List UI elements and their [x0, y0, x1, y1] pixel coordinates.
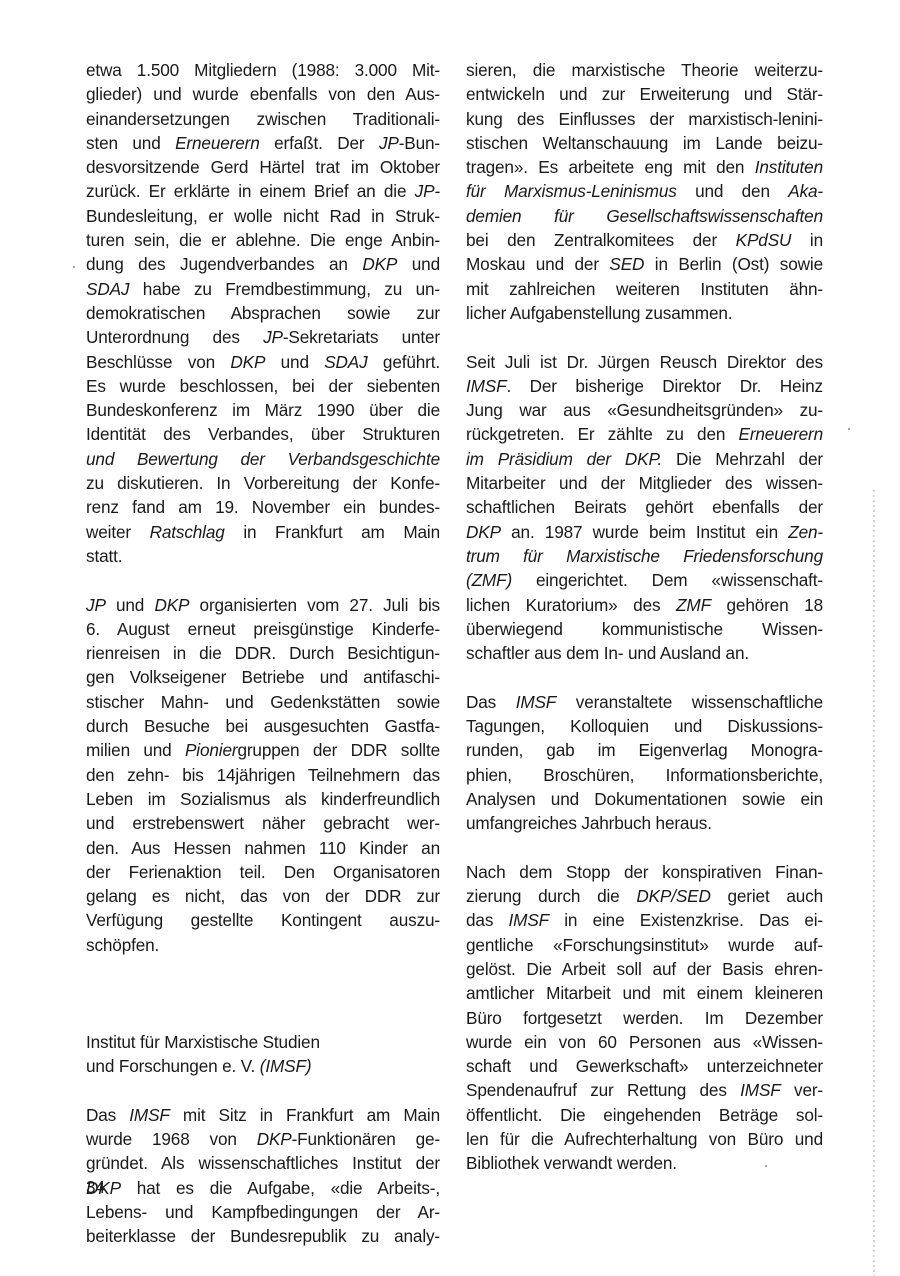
text-line: Bundeskonferenz im März 1990 über die — [86, 398, 440, 422]
text-run: und — [106, 595, 155, 615]
text-line: entwickeln und zur Erweiterung und Stär- — [466, 82, 823, 106]
text-line: und erstrebenswert näher gebracht wer- — [86, 811, 440, 835]
text-run: geführt. — [368, 352, 440, 372]
text-line: phien, Broschüren, Informationsberichte, — [466, 763, 823, 787]
text-line: schaftler aus dem In- und Ausland an. — [466, 641, 823, 665]
text-line: gründet. Als wissenschaftliches Institut… — [86, 1151, 440, 1175]
text-line: turen sein, die er ablehne. Die enge Anb… — [86, 228, 440, 252]
italic-term: für Marxismus-Leninismus — [466, 181, 677, 201]
text-line: IMSF. Der bisherige Direktor Dr. Heinz — [466, 374, 823, 398]
paragraph-children-trips: JP und DKP organisierten vom 27. Juli bi… — [86, 593, 440, 957]
text-run: ver- — [781, 1080, 823, 1100]
text-run: zu diskutieren. In Vorbereitung der Konf… — [86, 473, 440, 493]
italic-term: Erneuerern — [175, 133, 260, 153]
text-line: kung des Einflusses der marxistisch-leni… — [466, 107, 823, 131]
text-line: demokratischen Absprachen sowie zur — [86, 301, 440, 325]
text-run: weiter — [86, 522, 150, 542]
text-run: licher Aufgabenstellung zusammen. — [466, 303, 732, 323]
italic-term: IMSF — [509, 910, 549, 930]
text-run: eingerichtet. Dem «wissenschaft- — [512, 570, 823, 590]
text-line: der Ferienaktion teil. Den Organisatoren — [86, 860, 440, 884]
text-line: Analysen und Dokumentationen sowie ein — [466, 787, 823, 811]
text-run: und erstrebenswert näher gebracht wer- — [86, 813, 440, 833]
text-run: Es wurde beschlossen, bei der siebenten — [86, 376, 440, 396]
page-number: 34 — [86, 1175, 105, 1199]
text-run: etwa 1.500 Mitgliedern (1988: 3.000 Mit- — [86, 60, 440, 80]
text-run: -Sekretariats unter — [283, 327, 440, 347]
text-run: sieren, die marxistische Theorie weiterz… — [466, 60, 823, 80]
text-run: den zehn- bis 14jährigen Teilnehmern das — [86, 765, 440, 785]
text-line: gen Volkseigener Betriebe und antifaschi… — [86, 665, 440, 689]
italic-term: JP — [263, 327, 283, 347]
text-line: für Marxismus-Leninismus und den Aka- — [466, 179, 823, 203]
text-run: veranstaltete wissenschaftliche — [556, 692, 823, 712]
italic-term: JP — [86, 595, 106, 615]
italic-term: Ratschlag — [150, 522, 225, 542]
text-run: gruppen der DDR sollte — [237, 740, 440, 760]
text-run: und — [397, 254, 440, 274]
italic-term: SED — [609, 254, 644, 274]
paragraph-spacer — [86, 957, 440, 1030]
text-run: -Bun- — [399, 133, 440, 153]
text-run: umfangreiches Jahrbuch heraus. — [466, 813, 712, 833]
text-run: phien, Broschüren, Informationsberichte, — [466, 765, 823, 785]
text-line: (ZMF) eingerichtet. Dem «wissenschaft- — [466, 568, 823, 592]
text-run: Das — [466, 692, 516, 712]
text-line: Spendenaufruf zur Rettung des IMSF ver- — [466, 1078, 823, 1102]
italic-term: ZMF — [676, 595, 711, 615]
paragraph-spacer — [86, 1078, 440, 1102]
text-line: Das IMSF veranstaltete wissenschaftliche — [466, 690, 823, 714]
text-run: organisierten vom 27. Juli bis — [189, 595, 440, 615]
italic-term: Instituten — [755, 157, 823, 177]
text-run: Jung war aus «Gesundheitsgründen» zu- — [466, 400, 823, 420]
text-line: öffentlicht. Die eingehenden Beträge sol… — [466, 1103, 823, 1127]
text-line: statt. — [86, 544, 440, 568]
text-run: Unterordnung des — [86, 327, 263, 347]
text-line: das IMSF in eine Existenzkrise. Das ei- — [466, 908, 823, 932]
text-run: Mitarbeiter und der Mitglieder des wisse… — [466, 473, 823, 493]
text-run: rienreisen in die DDR. Durch Besichtigun… — [86, 643, 440, 663]
text-line: schaft und Gewerkschaft» unterzeichneter — [466, 1054, 823, 1078]
section-heading-imsf: Institut für Marxistische Studienund For… — [86, 1030, 440, 1079]
text-run: . Der bisherige Direktor Dr. Heinz — [506, 376, 823, 396]
text-run: habe zu Fremdbestimmung, zu un- — [129, 279, 440, 299]
text-run: an. 1987 wurde beim Institut ein — [501, 522, 788, 542]
text-run: stischer Mahn- und Gedenkstätten sowie — [86, 692, 440, 712]
text-run: in — [791, 230, 823, 250]
text-run: gründet. Als wissenschaftliches Institut… — [86, 1153, 440, 1173]
text-line: sieren, die marxistische Theorie weiterz… — [466, 58, 823, 82]
text-run: schöpfen. — [86, 935, 159, 955]
italic-term: (ZMF) — [466, 570, 512, 590]
italic-term: JP — [379, 133, 399, 153]
text-run: Identität des Verbandes, über Strukturen — [86, 424, 440, 444]
text-run: Analysen und Dokumentationen sowie ein — [466, 789, 823, 809]
italic-term: IMSF — [740, 1080, 780, 1100]
text-line: renz fand am 19. November ein bundes- — [86, 495, 440, 519]
text-run: Bundeskonferenz im März 1990 über die — [86, 400, 440, 420]
text-run: Seit Juli ist Dr. Jürgen Reusch Direktor… — [466, 352, 823, 372]
text-run: erfaßt. Der — [260, 133, 379, 153]
text-line: zu diskutieren. In Vorbereitung der Konf… — [86, 471, 440, 495]
italic-term: DKP — [230, 352, 265, 372]
text-run: der Ferienaktion teil. Den Organisatoren — [86, 862, 440, 882]
text-line: amtlicher Mitarbeit und mit einem kleine… — [466, 981, 823, 1005]
text-run: Beschlüsse von — [86, 352, 230, 372]
text-line: Leben im Sozialismus als kinderfreundlic… — [86, 787, 440, 811]
scan-speck — [848, 428, 850, 430]
text-run: sten und — [86, 133, 175, 153]
heading-line: und Forschungen e. V. (IMSF) — [86, 1054, 440, 1078]
text-line: DKP hat es die Aufgabe, «die Arbeits-, — [86, 1176, 440, 1200]
text-line: einandersetzungen zwischen Traditionali- — [86, 107, 440, 131]
text-run: -Funktionären ge- — [292, 1129, 440, 1149]
italic-term: Zen- — [788, 522, 823, 542]
text-line: Das IMSF mit Sitz in Frankfurt am Main — [86, 1103, 440, 1127]
text-run: demokratischen Absprachen sowie zur — [86, 303, 440, 323]
italic-term: (IMSF) — [260, 1056, 312, 1076]
text-line: durch Besuche bei ausgesuchten Gastfa- — [86, 714, 440, 738]
text-line: tragen». Es arbeitete eng mit den Instit… — [466, 155, 823, 179]
text-line: überwiegend kommunistische Wissen- — [466, 617, 823, 641]
text-run: Lebens- und Kampfbedingungen der Ar- — [86, 1202, 440, 1222]
text-line: zurück. Er erklärte in einem Brief an di… — [86, 179, 440, 203]
text-run: in eine Existenzkrise. Das ei- — [549, 910, 823, 930]
text-run: überwiegend kommunistische Wissen- — [466, 619, 823, 639]
text-line: den zehn- bis 14jährigen Teilnehmern das — [86, 763, 440, 787]
text-line: gelang es nicht, das von der DDR zur — [86, 884, 440, 908]
text-line: schaftlichen Beirats gehört ebenfalls de… — [466, 495, 823, 519]
text-run: stischen Weltanschauung im Lande beizu- — [466, 133, 823, 153]
text-run: wurde 1968 von — [86, 1129, 257, 1149]
text-run: Bibliothek verwandt werden. — [466, 1153, 677, 1173]
text-line: rückgetreten. Er zählte zu den Erneuerer… — [466, 422, 823, 446]
paragraph-spacer — [466, 325, 823, 349]
text-line: desvorsitzende Gerd Härtel trat im Oktob… — [86, 155, 440, 179]
text-run: renz fand am 19. November ein bundes- — [86, 497, 440, 517]
text-run: kung des Einflusses der marxistisch-leni… — [466, 109, 823, 129]
text-run: rückgetreten. Er zählte zu den — [466, 424, 739, 444]
text-run: schaft und Gewerkschaft» unterzeichneter — [466, 1056, 823, 1076]
text-run: lichen Kuratorium» des — [466, 595, 676, 615]
text-run: 6. August erneut preisgünstige Kinderfe- — [86, 619, 440, 639]
text-run: gelöst. Die Arbeit soll auf der Basis eh… — [466, 959, 823, 979]
text-run: Das — [86, 1105, 129, 1125]
text-run: das — [466, 910, 509, 930]
text-run: amtlicher Mitarbeit und mit einem kleine… — [466, 983, 823, 1003]
text-run: bei den Zentralkomitees der — [466, 230, 736, 250]
paragraph-imsf-publications: Das IMSF veranstaltete wissenschaftliche… — [466, 690, 823, 836]
text-line: lichen Kuratorium» des ZMF gehören 18 — [466, 593, 823, 617]
italic-term: im Präsidium der — [466, 449, 625, 469]
text-line: etwa 1.500 Mitgliedern (1988: 3.000 Mit- — [86, 58, 440, 82]
text-line: Tagungen, Kolloquien und Diskussions- — [466, 714, 823, 738]
text-line: stischer Mahn- und Gedenkstätten sowie — [86, 690, 440, 714]
text-line: rienreisen in die DDR. Durch Besichtigun… — [86, 641, 440, 665]
italic-term: IMSF — [466, 376, 506, 396]
text-line: licher Aufgabenstellung zusammen. — [466, 301, 823, 325]
text-line: trum für Marxistische Friedensforschung — [466, 544, 823, 568]
text-run: glieder) und wurde ebenfalls von den Aus… — [86, 84, 440, 104]
italic-term: SDAJ — [86, 279, 129, 299]
paragraph-imsf-tasks: sieren, die marxistische Theorie weiterz… — [466, 58, 823, 325]
paragraph-imsf-founding: Das IMSF mit Sitz in Frankfurt am Mainwu… — [86, 1103, 440, 1249]
text-run: statt. — [86, 546, 122, 566]
paragraph-imsf-director: Seit Juli ist Dr. Jürgen Reusch Direktor… — [466, 350, 823, 666]
text-line: len für die Aufrechterhaltung von Büro u… — [466, 1127, 823, 1151]
text-line: zierung durch die DKP/SED geriet auch — [466, 884, 823, 908]
text-run: milien und — [86, 740, 185, 760]
italic-term: demien für Gesellschaftswissenschaften — [466, 206, 823, 226]
text-run: wurde ein von 60 Personen aus «Wissen- — [466, 1032, 823, 1052]
text-line: JP und DKP organisierten vom 27. Juli bi… — [86, 593, 440, 617]
text-run: in Berlin (Ost) sowie — [644, 254, 823, 274]
text-line: Bibliothek verwandt werden. — [466, 1151, 823, 1175]
text-run: Leben im Sozialismus als kinderfreundlic… — [86, 789, 440, 809]
text-line: gelöst. Die Arbeit soll auf der Basis eh… — [466, 957, 823, 981]
text-run: turen sein, die er ablehne. Die enge Anb… — [86, 230, 440, 250]
text-line: Bundesleitung, er wolle nicht Rad in Str… — [86, 204, 440, 228]
text-run: Bundesleitung, er wolle nicht Rad in Str… — [86, 206, 440, 226]
text-line: den. Aus Hessen nahmen 110 Kinder an — [86, 836, 440, 860]
text-line: Es wurde beschlossen, bei der siebenten — [86, 374, 440, 398]
text-run: Verfügung gestellte Kontingent auszu- — [86, 910, 440, 930]
text-run: entwickeln und zur Erweiterung und Stär- — [466, 84, 823, 104]
text-run: und den — [677, 181, 789, 201]
text-line: wurde 1968 von DKP-Funktionären ge- — [86, 1127, 440, 1151]
text-run: Institut für Marxistische Studien — [86, 1032, 320, 1052]
text-line: Büro fortgesetzt werden. Im Dezember — [466, 1006, 823, 1030]
text-run: gentliche «Forschungsinstitut» wurde auf… — [466, 935, 823, 955]
right-column: sieren, die marxistische Theorie weiterz… — [466, 58, 823, 1176]
left-column: etwa 1.500 Mitgliedern (1988: 3.000 Mit-… — [86, 58, 440, 1249]
text-line: Seit Juli ist Dr. Jürgen Reusch Direktor… — [466, 350, 823, 374]
text-line: Jung war aus «Gesundheitsgründen» zu- — [466, 398, 823, 422]
italic-term: DKP — [257, 1129, 292, 1149]
italic-term: trum für Marxistische Friedensforschung — [466, 546, 823, 566]
text-line: sten und Erneuerern erfaßt. Der JP-Bun- — [86, 131, 440, 155]
text-run: Moskau und der — [466, 254, 609, 274]
text-run: in Frankfurt am Main — [225, 522, 440, 542]
text-line: mit zahlreichen weiteren Instituten ähn- — [466, 277, 823, 301]
italic-term: IMSF — [129, 1105, 169, 1125]
text-line: stischen Weltanschauung im Lande beizu- — [466, 131, 823, 155]
text-run: den. Aus Hessen nahmen 110 Kinder an — [86, 838, 440, 858]
text-line: wurde ein von 60 Personen aus «Wissen- — [466, 1030, 823, 1054]
text-run: öffentlicht. Die eingehenden Beträge sol… — [466, 1105, 823, 1125]
text-run: einandersetzungen zwischen Traditionali- — [86, 109, 440, 129]
text-run: beiterklasse der Bundesrepublik zu analy… — [86, 1226, 440, 1246]
text-run: tragen». Es arbeitete eng mit den — [466, 157, 755, 177]
scan-speck — [765, 1165, 767, 1167]
text-line: Lebens- und Kampfbedingungen der Ar- — [86, 1200, 440, 1224]
italic-term: und Bewertung der Verbandsgeschichte — [86, 449, 440, 469]
text-run: mit Sitz in Frankfurt am Main — [170, 1105, 440, 1125]
text-run: zurück. Er erklärte in einem Brief an di… — [86, 181, 415, 201]
text-line: Mitarbeiter und der Mitglieder des wisse… — [466, 471, 823, 495]
italic-term: DKP — [466, 522, 501, 542]
text-run: desvorsitzende Gerd Härtel trat im Oktob… — [86, 157, 440, 177]
text-line: demien für Gesellschaftswissenschaften — [466, 204, 823, 228]
text-line: Beschlüsse von DKP und SDAJ geführt. — [86, 350, 440, 374]
text-line: 6. August erneut preisgünstige Kinderfe- — [86, 617, 440, 641]
italic-term: Erneuerern — [739, 424, 824, 444]
italic-term: DKP. — [625, 449, 662, 469]
text-run: gehören 18 — [711, 595, 823, 615]
text-line: milien und Pioniergruppen der DDR sollte — [86, 738, 440, 762]
text-line: umfangreiches Jahrbuch heraus. — [466, 811, 823, 835]
text-run: Büro fortgesetzt werden. Im Dezember — [466, 1008, 823, 1028]
text-line: Unterordnung des JP-Sekretariats unter — [86, 325, 440, 349]
text-line: runden, gab im Eigenverlag Monogra- — [466, 738, 823, 762]
text-line: Verfügung gestellte Kontingent auszu- — [86, 908, 440, 932]
text-line: Moskau und der SED in Berlin (Ost) sowie — [466, 252, 823, 276]
text-line: und Bewertung der Verbandsgeschichte — [86, 447, 440, 471]
text-run: schaftlichen Beirats gehört ebenfalls de… — [466, 497, 823, 517]
paragraph-imsf-crisis: Nach dem Stopp der konspirativen Finan-z… — [466, 860, 823, 1176]
text-line: SDAJ habe zu Fremdbestimmung, zu un- — [86, 277, 440, 301]
text-run: zierung durch die — [466, 886, 636, 906]
text-run: gen Volkseigener Betriebe und antifaschi… — [86, 667, 440, 687]
scan-edge-artifact — [873, 490, 875, 1276]
text-run: len für die Aufrechterhaltung von Büro u… — [466, 1129, 823, 1149]
text-run: Nach dem Stopp der konspirativen Finan- — [466, 862, 823, 882]
text-line: glieder) und wurde ebenfalls von den Aus… — [86, 82, 440, 106]
text-run: durch Besuche bei ausgesuchten Gastfa- — [86, 716, 440, 736]
scan-speck — [73, 266, 75, 268]
text-run: schaftler aus dem In- und Ausland an. — [466, 643, 749, 663]
text-run: Tagungen, Kolloquien und Diskussions- — [466, 716, 823, 736]
text-run: Spendenaufruf zur Rettung des — [466, 1080, 740, 1100]
text-run: und Forschungen e. V. — [86, 1056, 260, 1076]
paragraph-spacer — [86, 568, 440, 592]
text-run: hat es die Aufgabe, «die Arbeits-, — [121, 1178, 440, 1198]
text-run: Die Mehrzahl der — [662, 449, 823, 469]
text-line: Identität des Verbandes, über Strukturen — [86, 422, 440, 446]
text-run: gelang es nicht, das von der DDR zur — [86, 886, 440, 906]
text-line: bei den Zentralkomitees der KPdSU in — [466, 228, 823, 252]
text-line: dung des Jugendverbandes an DKP und — [86, 252, 440, 276]
text-line: beiterklasse der Bundesrepublik zu analy… — [86, 1224, 440, 1248]
paragraph-spacer — [466, 665, 823, 689]
text-line: DKP an. 1987 wurde beim Institut ein Zen… — [466, 520, 823, 544]
text-line: gentliche «Forschungsinstitut» wurde auf… — [466, 933, 823, 957]
italic-term: Pionier — [185, 740, 237, 760]
heading-line: Institut für Marxistische Studien — [86, 1030, 440, 1054]
paragraph-jp-membership: etwa 1.500 Mitgliedern (1988: 3.000 Mit-… — [86, 58, 440, 568]
italic-term: Aka- — [788, 181, 823, 201]
text-line: schöpfen. — [86, 933, 440, 957]
paragraph-spacer — [466, 836, 823, 860]
italic-term: DKP — [154, 595, 189, 615]
italic-term: JP- — [415, 181, 440, 201]
text-line: im Präsidium der DKP. Die Mehrzahl der — [466, 447, 823, 471]
italic-term: DKP/SED — [636, 886, 710, 906]
text-run: und — [265, 352, 324, 372]
text-run: dung des Jugendverbandes an — [86, 254, 362, 274]
italic-term: KPdSU — [736, 230, 792, 250]
text-line: weiter Ratschlag in Frankfurt am Main — [86, 520, 440, 544]
italic-term: SDAJ — [324, 352, 367, 372]
text-run: geriet auch — [711, 886, 823, 906]
text-line: Nach dem Stopp der konspirativen Finan- — [466, 860, 823, 884]
italic-term: IMSF — [516, 692, 556, 712]
italic-term: DKP — [362, 254, 397, 274]
text-run: runden, gab im Eigenverlag Monogra- — [466, 740, 823, 760]
text-run: mit zahlreichen weiteren Instituten ähn- — [466, 279, 823, 299]
